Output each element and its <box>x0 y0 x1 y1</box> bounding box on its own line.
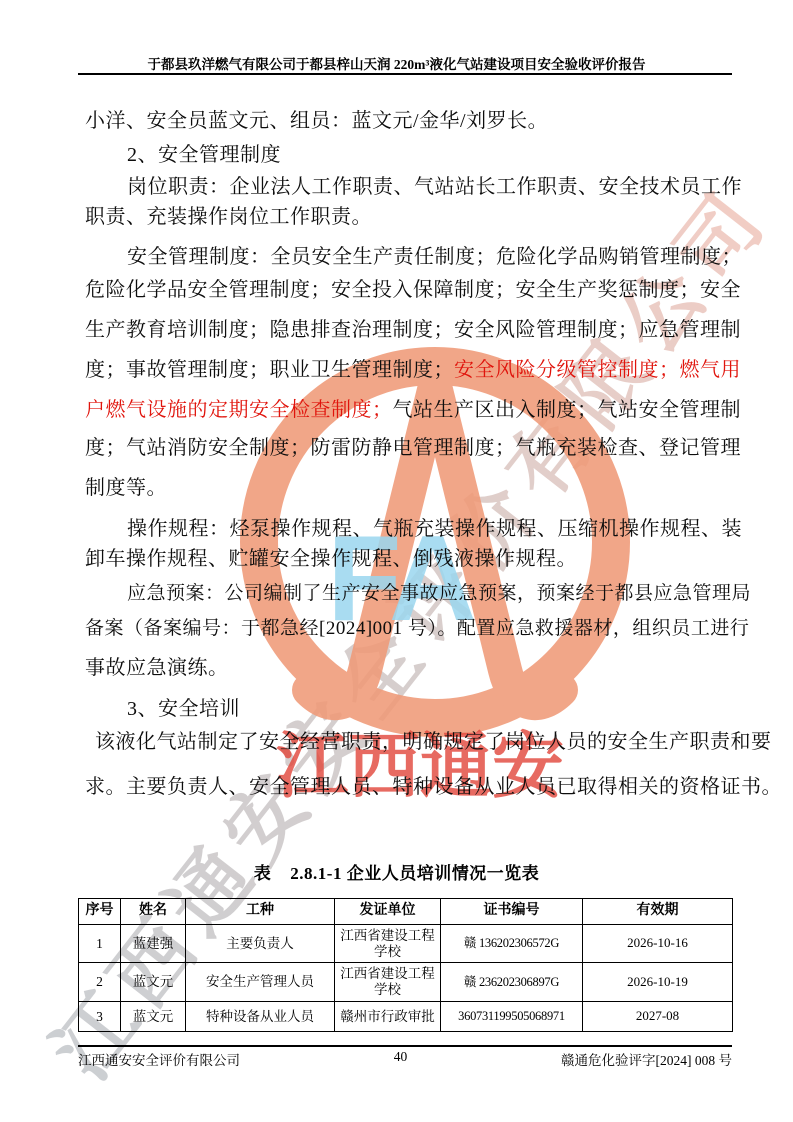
page-content: 于都县玖洋燃气有限公司于都县梓山天润 220m³液化气站建设项目安全验收评价报告… <box>0 0 793 1122</box>
body-line-16: 事故应急演练。 <box>85 651 229 680</box>
cell-validity: 2026-10-19 <box>583 963 733 1002</box>
cell-cert-no: 360731199505068971 <box>441 1002 583 1032</box>
body-line-15: 备案（备案编号：于都急经[2024]001 号）。配置应急救援器材，组织员工进行 <box>85 613 749 640</box>
footer-rule <box>78 1045 732 1047</box>
table-row: 2 蓝文元 安全生产管理人员 江西省建设工程学校 赣 236202306897G… <box>79 963 733 1002</box>
body-line-5: 安全管理制度：全员安全生产责任制度；危险化学品购销管理制度； <box>85 240 742 269</box>
text-segment: 安全管理制度：全员安全生产责任制度；危险化学品购销管理制度； <box>127 246 742 268</box>
page-header-title: 于都县玖洋燃气有限公司于都县梓山天润 220m³液化气站建设项目安全验收评价报告 <box>40 53 753 73</box>
body-line-18: 该液化气站制定了安全经营职责，明确规定了岗位人员的安全生产职责和要 <box>85 725 772 754</box>
text-segment: 卸车操作规程、贮罐安全操作规程、倒残液操作规程。 <box>85 548 577 570</box>
text-segment: 度；事故管理制度；职业卫生管理制度； <box>85 359 454 381</box>
col-header-issuer: 发证单位 <box>335 899 441 925</box>
text-segment: 2、安全管理制度 <box>127 144 281 166</box>
col-header-trade: 工种 <box>186 899 335 925</box>
header-rule <box>78 73 732 75</box>
body-line-4: 职责、充装操作岗位工作职责。 <box>85 200 372 229</box>
text-segment: 气站生产区出入制度；气站安全管理制 <box>393 399 742 421</box>
cell-index: 2 <box>79 963 121 1002</box>
cell-index: 1 <box>79 925 121 963</box>
cell-name: 蓝文元 <box>121 963 186 1002</box>
cell-index: 3 <box>79 1002 121 1032</box>
table-row: 3 蓝文元 特种设备从业人员 赣州市行政审批 36073119950506897… <box>79 1002 733 1032</box>
red-text-segment: 户燃气设施的定期安全检查制度； <box>85 399 393 421</box>
text-segment: 3、安全培训 <box>127 698 240 720</box>
cell-cert-no: 赣 136202306572G <box>441 925 583 963</box>
body-line-6: 危险化学品安全管理制度；安全投入保障制度；安全生产奖惩制度；安全 <box>85 273 741 302</box>
training-table: 序号 姓名 工种 发证单位 证书编号 有效期 1 蓝建强 主要负责人 江西省建设… <box>78 898 733 1032</box>
col-header-index: 序号 <box>79 899 121 925</box>
text-segment: 应急预案：公司编制了生产安全事故应急预案，预案经于都县应急管理局 <box>127 583 751 604</box>
text-segment: 求。主要负责人、安全管理人员、特种设备从业人员已取得相关的资格证书。 <box>85 776 782 798</box>
body-line-12: 操作规程：烃泵操作规程、气瓶充装操作规程、压缩机操作规程、装 <box>85 512 742 541</box>
footer-company: 江西通安安全评价有限公司 <box>78 1049 240 1069</box>
text-segment: 岗位职责：企业法人工作职责、气站站长工作职责、安全技术员工作 <box>127 176 742 198</box>
cell-trade: 安全生产管理人员 <box>186 963 335 1002</box>
col-header-validity: 有效期 <box>583 899 733 925</box>
cell-validity: 2027-08 <box>583 1002 733 1032</box>
cell-validity: 2026-10-16 <box>583 925 733 963</box>
body-line-2: 2、安全管理制度 <box>85 138 281 167</box>
body-line-7: 生产教育培训制度；隐患排查治理制度；安全风险管理制度；应急管理制 <box>85 313 741 342</box>
text-segment: 事故应急演练。 <box>85 657 229 679</box>
table-caption: 表 2.8.1-1 企业人员培训情况一览表 <box>0 859 793 884</box>
body-line-3: 岗位职责：企业法人工作职责、气站站长工作职责、安全技术员工作 <box>85 170 742 199</box>
cell-issuer: 江西省建设工程学校 <box>335 963 441 1002</box>
cell-name: 蓝文元 <box>121 1002 186 1032</box>
text-segment: 该液化气站制定了安全经营职责，明确规定了岗位人员的安全生产职责和要 <box>95 731 772 753</box>
text-segment: 度；气站消防安全制度；防雷防静电管理制度；气瓶充装检查、登记管理 <box>85 437 741 459</box>
cell-issuer: 江西省建设工程学校 <box>335 925 441 963</box>
body-line-11: 制度等。 <box>85 471 167 500</box>
body-line-19: 求。主要负责人、安全管理人员、特种设备从业人员已取得相关的资格证书。 <box>85 770 782 799</box>
text-segment: 操作规程：烃泵操作规程、气瓶充装操作规程、压缩机操作规程、装 <box>127 518 742 540</box>
body-line-17: 3、安全培训 <box>85 692 240 721</box>
text-segment: 备案（备案编号：于都急经[2024]001 号）。配置应急救援器材，组织员工进行 <box>85 618 749 639</box>
cell-trade: 特种设备从业人员 <box>186 1002 335 1032</box>
table-header-row: 序号 姓名 工种 发证单位 证书编号 有效期 <box>79 899 733 925</box>
cell-issuer: 赣州市行政审批 <box>335 1002 441 1032</box>
body-line-1: 小洋、安全员蓝文元、组员：蓝文元/金华/刘罗长。 <box>85 104 548 133</box>
page-footer: 江西通安安全评价有限公司 40 赣通危化验评字[2024] 008 号 <box>78 1049 732 1069</box>
col-header-name: 姓名 <box>121 899 186 925</box>
table-row: 1 蓝建强 主要负责人 江西省建设工程学校 赣 136202306572G 20… <box>79 925 733 963</box>
body-line-14: 应急预案：公司编制了生产安全事故应急预案，预案经于都县应急管理局 <box>85 578 751 605</box>
report-page: 江西通安安全评价有限公司 FA 江西通安 于都县玖洋燃气有限公司于都县梓山天润 … <box>0 0 793 1122</box>
col-header-cert-no: 证书编号 <box>441 899 583 925</box>
text-segment: 制度等。 <box>85 477 167 499</box>
footer-doc-number: 赣通危化验评字[2024] 008 号 <box>561 1049 732 1069</box>
body-line-13: 卸车操作规程、贮罐安全操作规程、倒残液操作规程。 <box>85 542 577 571</box>
cell-trade: 主要负责人 <box>186 925 335 963</box>
body-line-10: 度；气站消防安全制度；防雷防静电管理制度；气瓶充装检查、登记管理 <box>85 431 741 460</box>
text-segment: 生产教育培训制度；隐患排查治理制度；安全风险管理制度；应急管理制 <box>85 319 741 341</box>
footer-page-number: 40 <box>394 1049 408 1069</box>
body-line-9: 户燃气设施的定期安全检查制度；气站生产区出入制度；气站安全管理制 <box>85 393 741 422</box>
text-segment: 职责、充装操作岗位工作职责。 <box>85 206 372 228</box>
text-segment: 危险化学品安全管理制度；安全投入保障制度；安全生产奖惩制度；安全 <box>85 279 741 301</box>
cell-name: 蓝建强 <box>121 925 186 963</box>
cell-cert-no: 赣 236202306897G <box>441 963 583 1002</box>
text-segment: 小洋、安全员蓝文元、组员：蓝文元/金华/刘罗长。 <box>85 110 548 132</box>
body-line-8: 度；事故管理制度；职业卫生管理制度；安全风险分级管控制度；燃气用 <box>85 353 741 382</box>
red-text-segment: 安全风险分级管控制度；燃气用 <box>454 359 741 381</box>
